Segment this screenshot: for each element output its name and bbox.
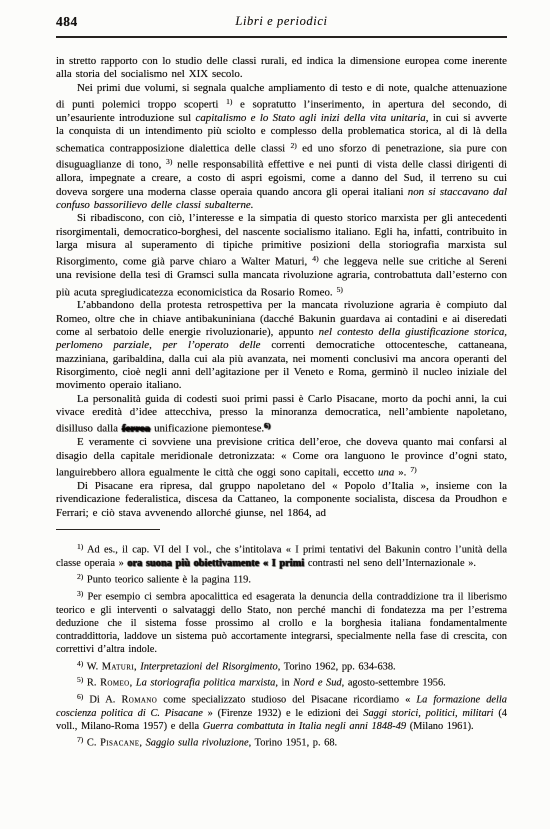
text-segment: come specializzato studioso del Pisacane… [157, 694, 416, 705]
text-segment: Interpretazioni del Risorgimento [140, 661, 277, 672]
text-segment: ora suona più obiettivamente « I primi [127, 558, 304, 569]
text-segment: Guerra combattuta in Italia negli anni 1… [203, 721, 406, 732]
text-segment: ». [394, 466, 410, 478]
paragraph: La personalità guida di codesti suoi pri… [56, 393, 507, 437]
footnote: 1) Ad es., il cap. VI del I vol., che s’… [56, 540, 507, 570]
text-segment: Per esempio ci sembra apocalittica ed es… [56, 592, 507, 656]
text-segment: unificazione piemontese. [150, 423, 264, 435]
text-segment: , Torino 1951, p. 68. [249, 738, 338, 749]
text-segment: » (Firenze 1932) e le edizioni dei [203, 708, 363, 719]
text-segment: Romano [121, 694, 157, 705]
text-segment: Saggi storici, politici, militari [363, 708, 493, 719]
text-segment: , agosto-settembre 1956. [342, 678, 446, 689]
text-segment: ferrea [122, 423, 150, 435]
footnotes: 1) Ad es., il cap. VI del I vol., che s’… [56, 540, 507, 749]
footnote: 5) R. Romeo, La storiografia politica ma… [56, 673, 507, 690]
footnote: 6) Di A. Romano come specializzato studi… [56, 690, 507, 733]
paragraph: Di Pisacane era ripresa, dal gruppo napo… [56, 480, 507, 520]
footnote: 2) Punto teorico saliente è la pagina 11… [56, 570, 507, 587]
text-segment: (Milano 1961). [406, 721, 474, 732]
text-segment: Nord e Sud [293, 678, 341, 689]
footnote: 7) C. Pisacane, Saggio sulla rivoluzione… [56, 733, 507, 750]
page-header: 484 Libri e periodici [56, 14, 507, 34]
text-segment: Maturi [102, 661, 134, 672]
footnote: 3) Per esempio ci sembra apocalittica ed… [56, 587, 507, 657]
text-segment: Di A. [83, 694, 121, 705]
text-segment: Punto teorico saliente è la pagina 119. [83, 575, 251, 586]
footnote-ref: 7) [410, 465, 416, 474]
running-title: Libri e periodici [56, 14, 507, 29]
text-segment: Romeo [100, 678, 130, 689]
text-segment: W. [83, 661, 101, 672]
text-segment: capitalismo e lo Stato agli inizi della … [195, 112, 425, 124]
paragraph: in stretto rapporto con lo studio delle … [56, 55, 507, 82]
scanned-book-page: 484 Libri e periodici in stretto rapport… [0, 0, 550, 829]
text-segment: Saggio sulla rivoluzione [146, 738, 249, 749]
footnote: 4) W. Maturi, Interpretazioni del Risorg… [56, 657, 507, 674]
paragraph: L’abbandono della protesta retrospettiva… [56, 299, 507, 392]
paragraph: Nei primi due volumi, si segnala qualche… [56, 82, 507, 213]
header-rule [56, 36, 507, 38]
text-segment: in stretto rapporto con lo studio delle … [56, 55, 507, 80]
text-segment: Pisacane [100, 738, 139, 749]
text-segment: contrasti nel seno dell’Internazionale »… [304, 558, 476, 569]
text-segment: La storiografia politica marxista [136, 678, 276, 689]
footnote-ref: 6) [264, 421, 270, 430]
text-segment: , in [275, 678, 293, 689]
text-segment: C. [83, 738, 100, 749]
paragraph: Si ribadiscono, con ciò, l’interesse e l… [56, 212, 507, 299]
text-segment: , Torino 1962, pp. 634-638. [278, 661, 396, 672]
footnote-separator [56, 529, 160, 531]
footnote-ref: 5) [337, 285, 343, 294]
body-text: in stretto rapporto con lo studio delle … [56, 55, 507, 520]
text-segment: R. [83, 678, 100, 689]
paragraph: E veramente ci sovviene una previsione c… [56, 436, 507, 480]
text-segment: una [378, 466, 394, 478]
text-segment: E veramente ci sovviene una previsione c… [56, 436, 507, 478]
text-segment: Di Pisacane era ripresa, dal gruppo napo… [56, 480, 507, 519]
